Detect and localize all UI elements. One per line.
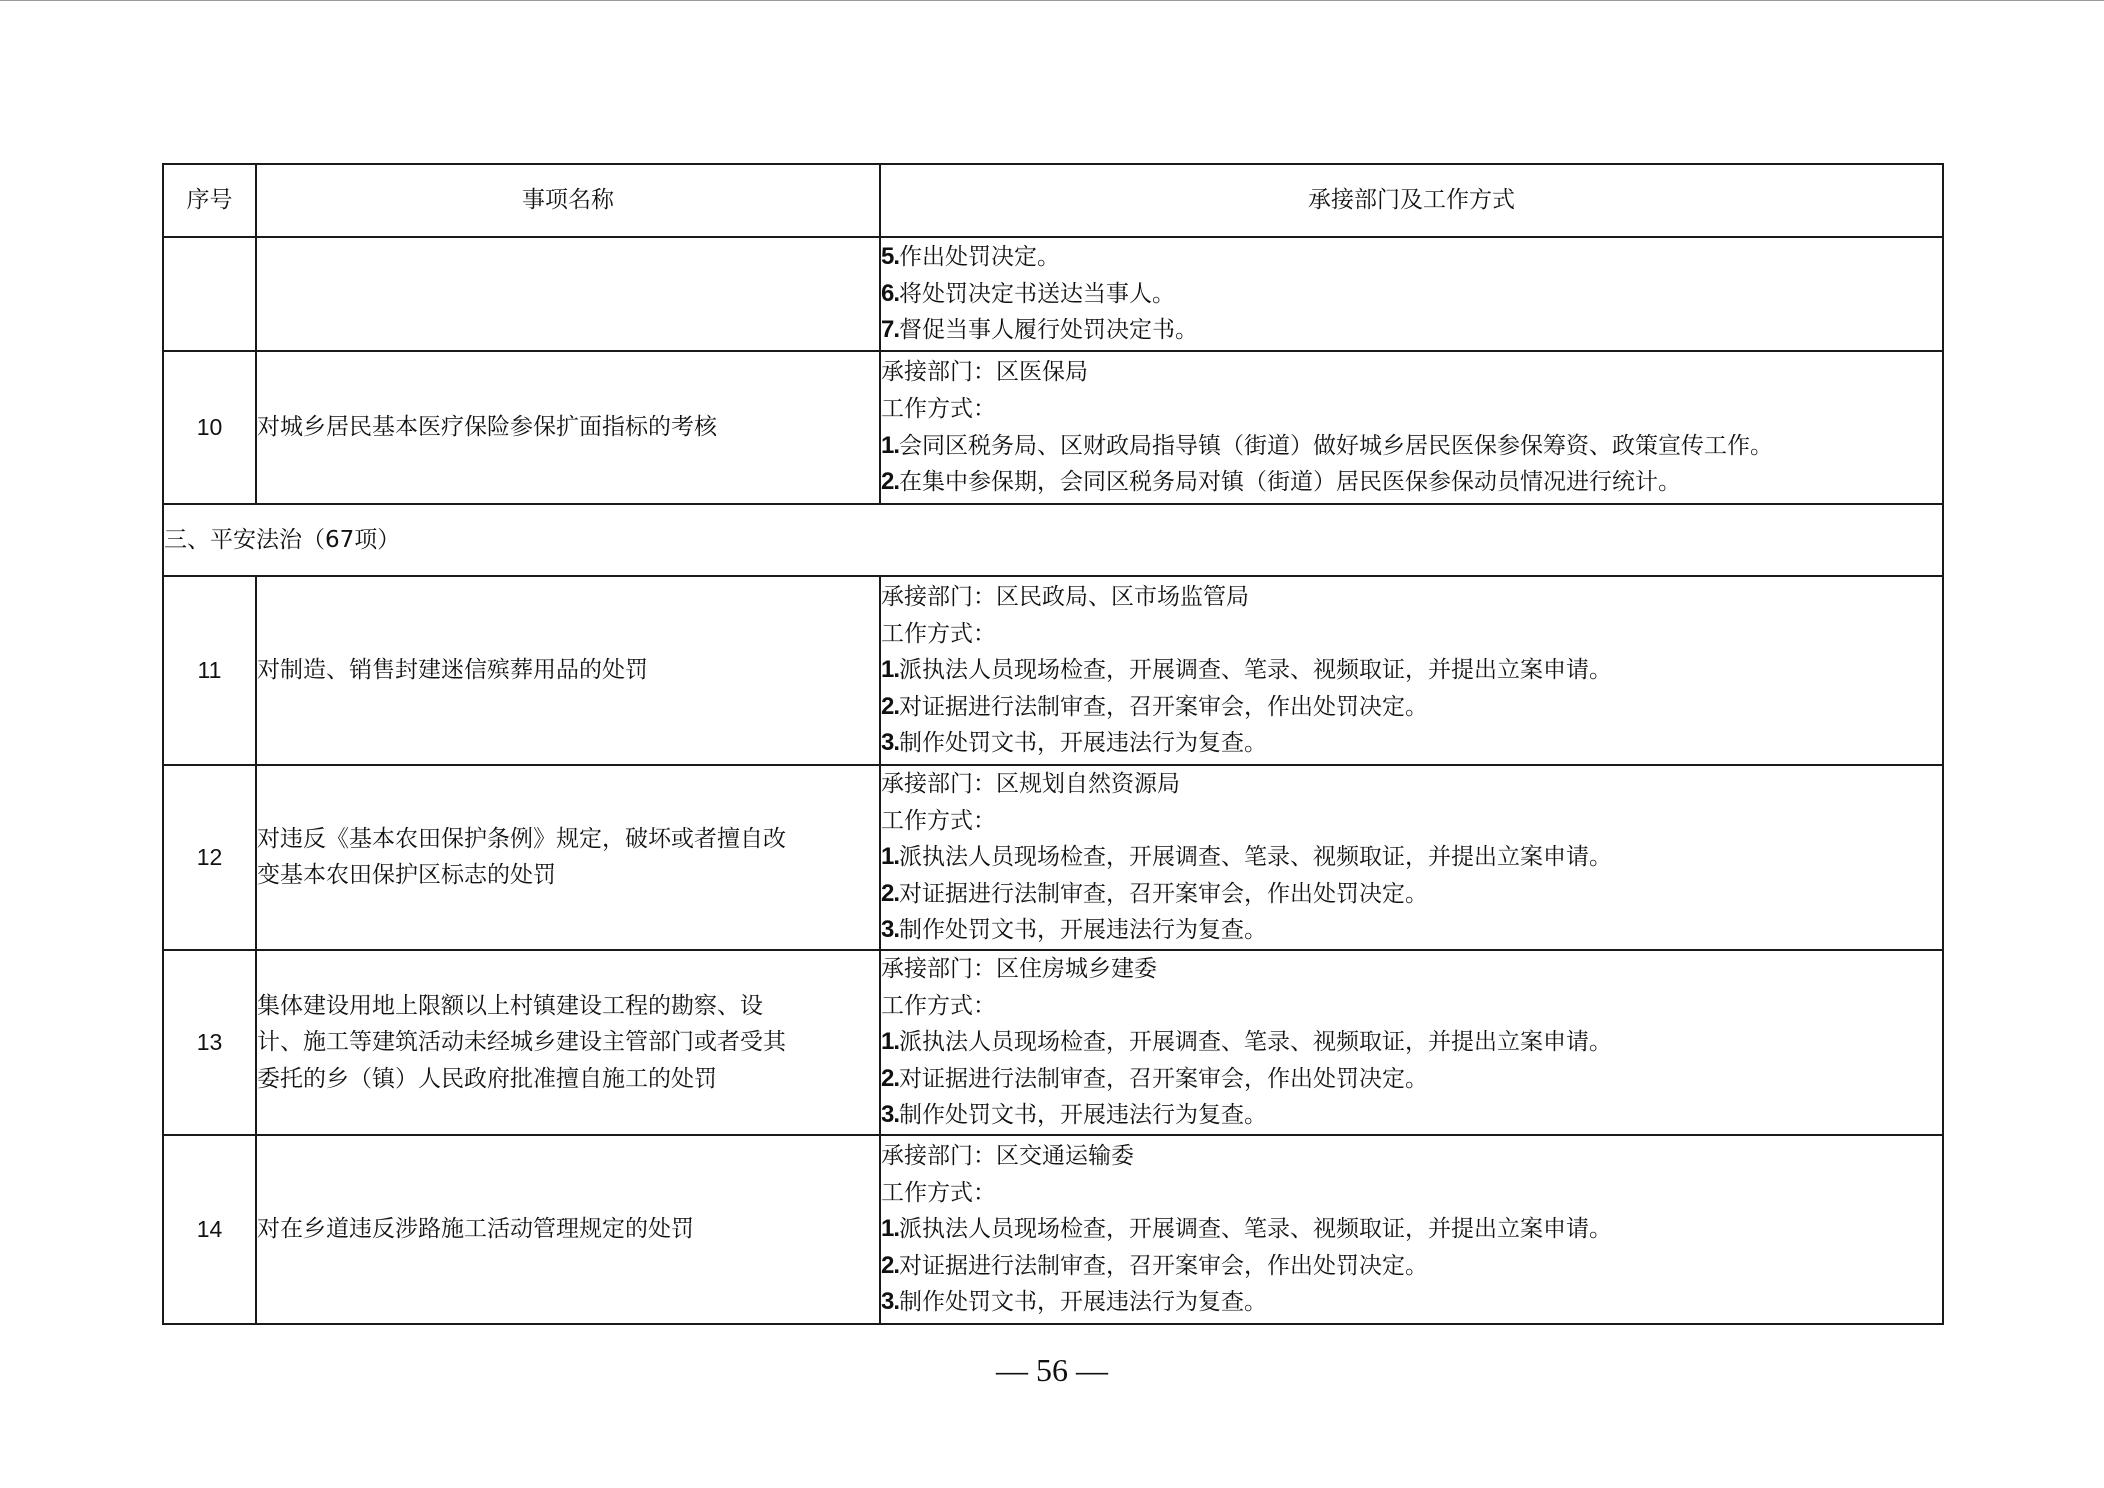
detail-line: 工作方式：: [881, 1175, 1942, 1212]
row-department-and-method: 承接部门：区交通运输委工作方式：1.派执法人员现场检查，开展调查、笔录、视频取证…: [880, 1135, 1943, 1324]
detail-line: 3.制作处罚文书，开展违法行为复查。: [881, 1284, 1942, 1321]
list-number: 2.: [881, 693, 899, 720]
row-item-name: 对违反《基本农田保护条例》规定，破坏或者擅自改变基本农田保护区标志的处罚: [256, 765, 880, 950]
detail-line: 2.对证据进行法制审查，召开案审会，作出处罚决定。: [881, 1248, 1942, 1285]
table-row: 13集体建设用地上限额以上村镇建设工程的勘察、设计、施工等建筑活动未经城乡建设主…: [163, 950, 1943, 1135]
detail-line: 2.对证据进行法制审查，召开案审会，作出处罚决定。: [881, 689, 1942, 726]
row-department-and-method: 承接部门：区住房城乡建委工作方式：1.派执法人员现场检查，开展调查、笔录、视频取…: [880, 950, 1943, 1135]
detail-line: 3.制作处罚文书，开展违法行为复查。: [881, 1097, 1942, 1134]
row-item-name: 对在乡道违反涉路施工活动管理规定的处罚: [256, 1135, 880, 1324]
list-number: 7.: [881, 316, 899, 343]
header-item-name: 事项名称: [256, 164, 880, 237]
page-top-edge: [0, 0, 2104, 1]
section-header-row: 三、平安法治（67项）: [163, 504, 1943, 576]
item-name-line: 委托的乡（镇）人民政府批准擅自施工的处罚: [257, 1061, 879, 1098]
header-department-and-method: 承接部门及工作方式: [880, 164, 1943, 237]
list-number: 5.: [881, 243, 899, 270]
detail-line: 承接部门：区医保局: [881, 354, 1942, 391]
row-item-name: 集体建设用地上限额以上村镇建设工程的勘察、设计、施工等建筑活动未经城乡建设主管部…: [256, 950, 880, 1135]
detail-line: 3.制作处罚文书，开展违法行为复查。: [881, 912, 1942, 949]
table-row: 14对在乡道违反涉路施工活动管理规定的处罚承接部门：区交通运输委工作方式：1.派…: [163, 1135, 1943, 1324]
table-body: 5.作出处罚决定。6.将处罚决定书送达当事人。7.督促当事人履行处罚决定书。10…: [163, 237, 1943, 1324]
list-number: 2.: [881, 880, 899, 907]
detail-line: 工作方式：: [881, 391, 1942, 428]
detail-line: 7.督促当事人履行处罚决定书。: [881, 312, 1942, 349]
item-name-line: 变基本农田保护区标志的处罚: [257, 857, 879, 894]
list-number: 2.: [881, 468, 899, 495]
detail-line: 5.作出处罚决定。: [881, 239, 1942, 276]
detail-line: 6.将处罚决定书送达当事人。: [881, 276, 1942, 313]
item-name-line: 对制造、销售封建迷信殡葬用品的处罚: [257, 652, 879, 689]
row-serial-number: 14: [163, 1135, 256, 1324]
list-number: 6.: [881, 280, 899, 307]
row-item-name: 对制造、销售封建迷信殡葬用品的处罚: [256, 576, 880, 765]
row-department-and-method: 5.作出处罚决定。6.将处罚决定书送达当事人。7.督促当事人履行处罚决定书。: [880, 237, 1943, 351]
row-department-and-method: 承接部门：区规划自然资源局工作方式：1.派执法人员现场检查，开展调查、笔录、视频…: [880, 765, 1943, 950]
table-header-row: 序号 事项名称 承接部门及工作方式: [163, 164, 1943, 237]
item-name-line: 计、施工等建筑活动未经城乡建设主管部门或者受其: [257, 1024, 879, 1061]
header-serial-number: 序号: [163, 164, 256, 237]
page-number: — 56 —: [0, 1352, 2104, 1389]
table-row: 5.作出处罚决定。6.将处罚决定书送达当事人。7.督促当事人履行处罚决定书。: [163, 237, 1943, 351]
detail-line: 1.派执法人员现场检查，开展调查、笔录、视频取证，并提出立案申请。: [881, 652, 1942, 689]
row-serial-number: [163, 237, 256, 351]
row-serial-number: 11: [163, 576, 256, 765]
table-row: 11对制造、销售封建迷信殡葬用品的处罚承接部门：区民政局、区市场监管局工作方式：…: [163, 576, 1943, 765]
detail-line: 工作方式：: [881, 803, 1942, 840]
detail-line: 承接部门：区住房城乡建委: [881, 951, 1942, 988]
row-serial-number: 12: [163, 765, 256, 950]
list-number: 2.: [881, 1065, 899, 1092]
item-name-line: 对城乡居民基本医疗保险参保扩面指标的考核: [257, 409, 879, 446]
list-number: 1.: [881, 432, 899, 459]
list-number: 3.: [881, 1101, 899, 1128]
detail-line: 工作方式：: [881, 616, 1942, 653]
detail-line: 工作方式：: [881, 988, 1942, 1025]
detail-line: 1.会同区税务局、区财政局指导镇（街道）做好城乡居民医保参保筹资、政策宣传工作。: [881, 428, 1942, 465]
row-serial-number: 10: [163, 351, 256, 504]
table-row: 10对城乡居民基本医疗保险参保扩面指标的考核承接部门：区医保局工作方式：1.会同…: [163, 351, 1943, 504]
list-number: 1.: [881, 1215, 899, 1242]
row-item-name: 对城乡居民基本医疗保险参保扩面指标的考核: [256, 351, 880, 504]
row-department-and-method: 承接部门：区民政局、区市场监管局工作方式：1.派执法人员现场检查，开展调查、笔录…: [880, 576, 1943, 765]
detail-line: 承接部门：区交通运输委: [881, 1138, 1942, 1175]
list-number: 1.: [881, 656, 899, 683]
detail-line: 1.派执法人员现场检查，开展调查、笔录、视频取证，并提出立案申请。: [881, 1211, 1942, 1248]
detail-line: 2.对证据进行法制审查，召开案审会，作出处罚决定。: [881, 1061, 1942, 1098]
list-number: 3.: [881, 916, 899, 943]
table-row: 12对违反《基本农田保护条例》规定，破坏或者擅自改变基本农田保护区标志的处罚承接…: [163, 765, 1943, 950]
detail-line: 2.在集中参保期，会同区税务局对镇（街道）居民医保参保动员情况进行统计。: [881, 464, 1942, 501]
list-number: 3.: [881, 1288, 899, 1315]
row-department-and-method: 承接部门：区医保局工作方式：1.会同区税务局、区财政局指导镇（街道）做好城乡居民…: [880, 351, 1943, 504]
item-name-line: 对在乡道违反涉路施工活动管理规定的处罚: [257, 1211, 879, 1248]
detail-line: 承接部门：区民政局、区市场监管局: [881, 579, 1942, 616]
items-table: 序号 事项名称 承接部门及工作方式 5.作出处罚决定。6.将处罚决定书送达当事人…: [162, 163, 1944, 1325]
row-item-name: [256, 237, 880, 351]
detail-line: 2.对证据进行法制审查，召开案审会，作出处罚决定。: [881, 876, 1942, 913]
list-number: 3.: [881, 729, 899, 756]
list-number: 1.: [881, 843, 899, 870]
list-number: 1.: [881, 1028, 899, 1055]
detail-line: 3.制作处罚文书，开展违法行为复查。: [881, 725, 1942, 762]
detail-line: 承接部门：区规划自然资源局: [881, 766, 1942, 803]
list-number: 2.: [881, 1252, 899, 1279]
row-serial-number: 13: [163, 950, 256, 1135]
section-title: 三、平安法治（67项）: [163, 504, 1943, 576]
item-name-line: 集体建设用地上限额以上村镇建设工程的勘察、设: [257, 988, 879, 1025]
item-name-line: 对违反《基本农田保护条例》规定，破坏或者擅自改: [257, 821, 879, 858]
detail-line: 1.派执法人员现场检查，开展调查、笔录、视频取证，并提出立案申请。: [881, 1024, 1942, 1061]
section-label: 三、平安法治（67项）: [164, 527, 400, 553]
detail-line: 1.派执法人员现场检查，开展调查、笔录、视频取证，并提出立案申请。: [881, 839, 1942, 876]
